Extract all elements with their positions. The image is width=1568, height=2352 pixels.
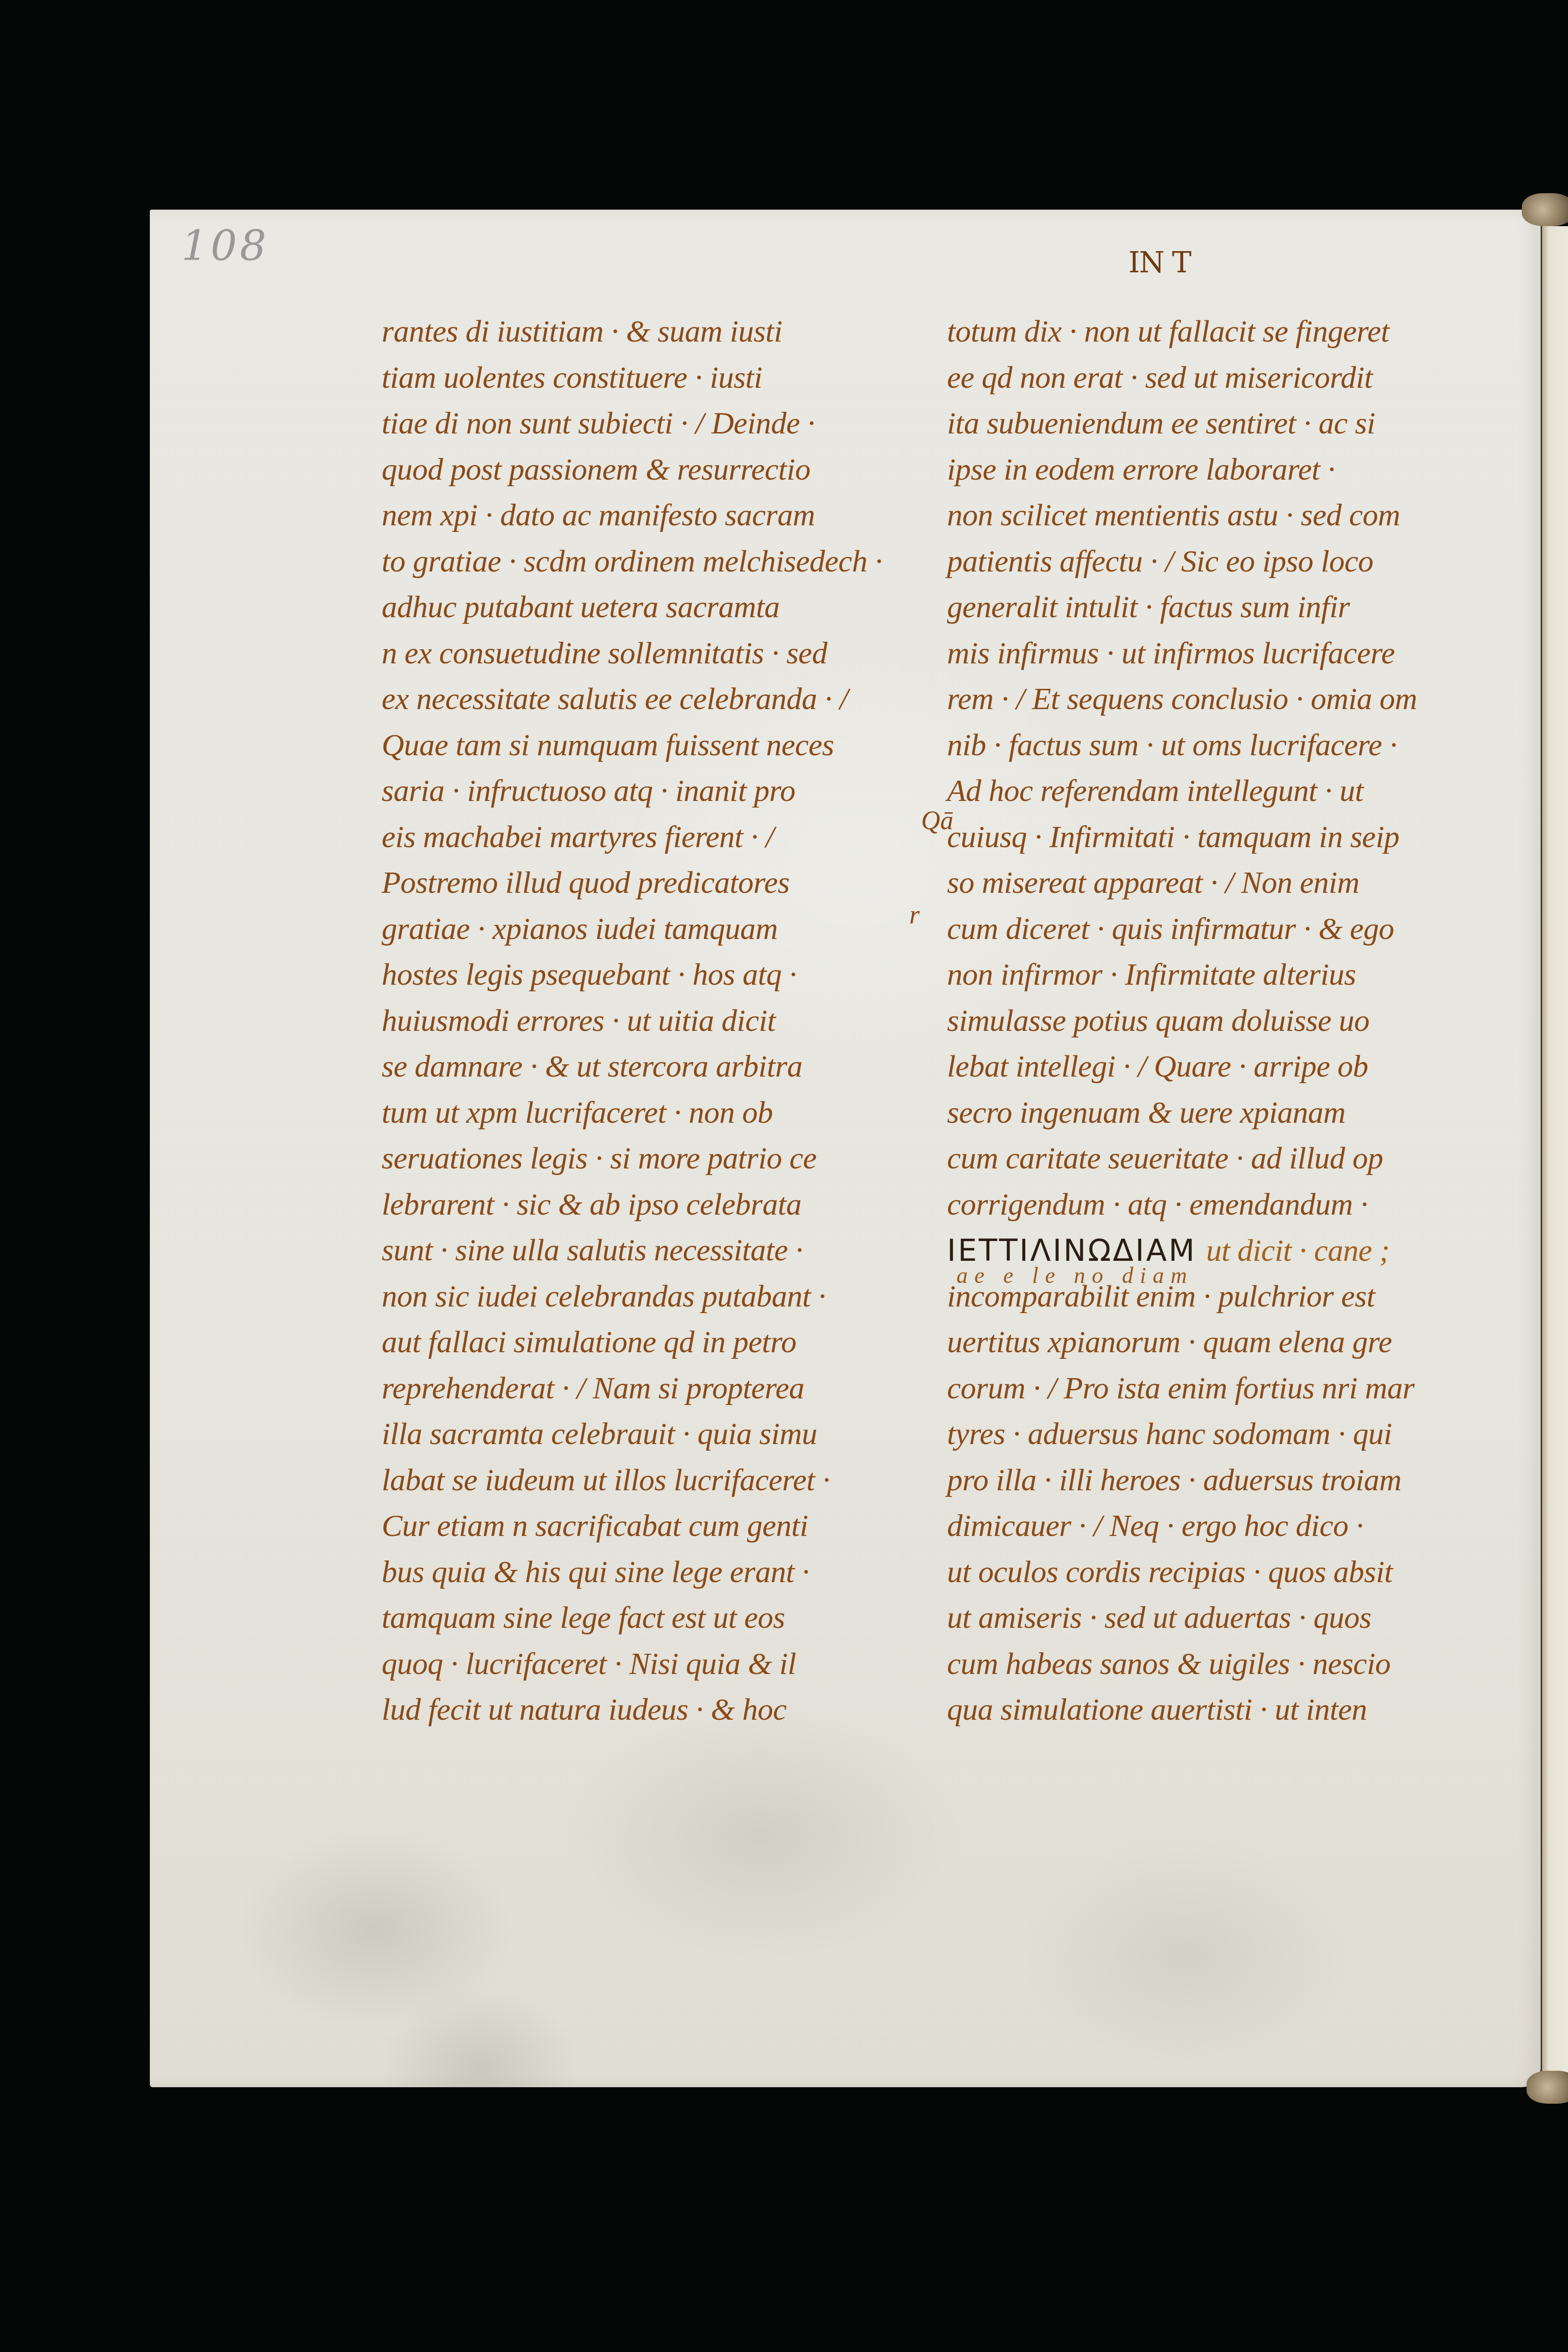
text-line: mis infirmus · ut infirmos lucrifacere	[947, 630, 1479, 677]
binding-cord-top	[1522, 193, 1568, 226]
text-line: Postremo illud quod predicatores	[382, 860, 933, 906]
text-line: cum habeas sanos & uigiles · nescio	[947, 1641, 1479, 1687]
text-line: Quae tam si numquam fuissent neces	[382, 722, 933, 768]
text-line: sunt · sine ulla salutis necessitate ·	[382, 1227, 933, 1274]
binding-cord-bottom	[1527, 2071, 1568, 2104]
text-line: n ex consuetudine sollemnitatis · sed	[382, 630, 933, 677]
margin-note-qa: Qā	[921, 806, 953, 836]
text-line: tum ut xpm lucrifaceret · non ob	[382, 1090, 933, 1136]
text-line: cum caritate seueritate · ad illud op	[947, 1135, 1479, 1182]
text-line: tyres · aduersus hanc sodomam · qui	[947, 1411, 1479, 1457]
text-line: bus quia & his qui sine lege erant ·	[382, 1549, 933, 1595]
text-line: qua simulatione auertisti · ut inten	[947, 1687, 1479, 1733]
greek-line-continuation: ut dicit · cane ;	[1206, 1233, 1389, 1268]
text-line: cum diceret · quis infirmatur · & ego	[947, 906, 1479, 952]
next-leaf-edge	[1541, 226, 1568, 2087]
text-line: totum dix · non ut fallacit se fingeret	[947, 309, 1479, 355]
text-line: adhuc putabant uetera sacramta	[382, 584, 933, 630]
text-line: ipse in eodem errore laboraret ·	[947, 447, 1479, 493]
text-line: rantes di iustitiam · & suam iusti	[382, 309, 933, 355]
text-line: quod post passionem & resurrectio	[382, 447, 933, 493]
left-text-column: rantes di iustitiam · & suam iustitiam u…	[382, 309, 933, 1733]
text-line: reprehenderat · / Nam si propterea	[382, 1365, 933, 1412]
text-line: ut oculos cordis recipias · quos absit	[947, 1549, 1479, 1595]
text-line: seruationes legis · si more patrio ce	[382, 1135, 933, 1182]
text-line: lebrarent · sic & ab ipso celebrata	[382, 1182, 933, 1228]
text-line: Ad hoc referendam intellegunt · ut	[947, 768, 1479, 814]
text-line: aut fallaci simulatione qd in petro	[382, 1319, 933, 1365]
text-line: nib · factus sum · ut oms lucrifacere ·	[947, 722, 1479, 768]
text-line: ut amiseris · sed ut aduertas · quos	[947, 1595, 1479, 1641]
text-line: huiusmodi errores · ut uitia dicit	[382, 998, 933, 1044]
text-line: non infirmor · Infirmitate alterius	[947, 952, 1479, 998]
text-line: saria · infructuoso atq · inanit pro	[382, 768, 933, 814]
text-line: hostes legis psequebant · hos atq ·	[382, 952, 933, 998]
text-line: tamquam sine lege fact est ut eos	[382, 1595, 933, 1641]
text-line: tiae di non sunt subiecti · / Deinde ·	[382, 400, 933, 447]
running-head: IN T	[1128, 245, 1191, 279]
text-line: se damnare · & ut stercora arbitra	[382, 1044, 933, 1090]
text-line: rem · / Et sequens conclusio · omia om	[947, 676, 1479, 722]
text-line: simulasse potius quam doluisse uo	[947, 998, 1479, 1044]
text-line: ita subueniendum ee sentiret · ac si	[947, 400, 1479, 447]
text-line: illa sacramta celebrauit · quia simu	[382, 1411, 933, 1457]
text-line: to gratiae · scdm ordinem melchisedech ·	[382, 539, 933, 585]
text-line: corum · / Pro ista enim fortius nri mar	[947, 1365, 1479, 1412]
text-line: nem xpi · dato ac manifesto sacram	[382, 492, 933, 539]
text-line: uertitus xpianorum · quam elena gre	[947, 1319, 1479, 1365]
right-text-column: totum dix · non ut fallacit se fingerete…	[947, 309, 1479, 1733]
text-line: cuiusq · Infirmitati · tamquam in seip	[947, 814, 1479, 860]
text-line: tiam uolentes constituere · iusti	[382, 355, 933, 401]
text-line: corrigendum · atq · emendandum ·	[947, 1182, 1479, 1228]
text-line: Cur etiam n sacrificabat cum genti	[382, 1503, 933, 1549]
text-line: dimicauer · / Neq · ergo hoc dico ·	[947, 1503, 1479, 1549]
text-line: patientis affectu · / Sic eo ipso loco	[947, 539, 1479, 585]
margin-note-r: r	[909, 900, 920, 930]
folio-number: 108	[181, 221, 269, 270]
text-line: secro ingenuam & uere xpianam	[947, 1090, 1479, 1136]
text-line: lud fecit ut natura iudeus · & hoc	[382, 1687, 933, 1733]
text-line: ee qd non erat · sed ut misericordit	[947, 355, 1479, 401]
text-line: pro illa · illi heroes · aduersus troiam	[947, 1457, 1479, 1503]
text-line: ex necessitate salutis ee celebranda · /	[382, 676, 933, 722]
text-line: quoq · lucrifaceret · Nisi quia & il	[382, 1641, 933, 1687]
interlinear-gloss: ae e le no diam	[956, 1263, 1193, 1289]
text-line: generalit intulit · factus sum infir	[947, 584, 1479, 630]
text-line: gratiae · xpianos iudei tamquam	[382, 906, 933, 952]
text-line: non sic iudei celebrandas putabant ·	[382, 1274, 933, 1320]
text-line: so misereat appareat · / Non enim	[947, 860, 1479, 906]
text-line: eis machabei martyres fierent · /	[382, 814, 933, 860]
text-line: non scilicet mentientis astu · sed com	[947, 492, 1479, 539]
text-line: lebat intellegi · / Quare · arripe ob	[947, 1044, 1479, 1090]
text-line: labat se iudeum ut illos lucrifaceret ·	[382, 1457, 933, 1503]
